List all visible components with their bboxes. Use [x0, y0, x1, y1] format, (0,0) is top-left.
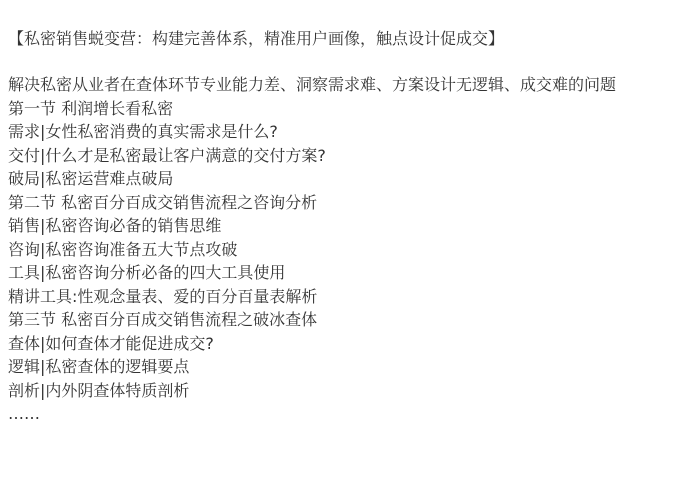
outline-item: 咨询|私密咨询准备五大节点攻破 — [8, 238, 686, 262]
course-outline: 解决私密从业者在查体环节专业能力差、洞察需求难、方案设计无逻辑、成交难的问题 第… — [8, 73, 686, 426]
ellipsis: …… — [8, 402, 686, 426]
outline-item: 需求|女性私密消费的真实需求是什么? — [8, 120, 686, 144]
outline-item: 剖析|内外阴查体特质剖析 — [8, 379, 686, 403]
course-title: 【私密销售蜕变营：构建完善体系，精准用户画像，触点设计促成交】 — [8, 28, 504, 50]
outline-item: 查体|如何查体才能促进成交? — [8, 332, 686, 356]
section-heading-1: 第一节 利润增长看私密 — [8, 97, 686, 121]
outline-item: 精讲工具:性观念量表、爱的百分百量表解析 — [8, 285, 686, 309]
outline-item: 工具|私密咨询分析必备的四大工具使用 — [8, 261, 686, 285]
section-heading-3: 第三节 私密百分百成交销售流程之破冰查体 — [8, 308, 686, 332]
outline-item: 交付|什么才是私密最让客户满意的交付方案? — [8, 144, 686, 168]
intro-paragraph: 解决私密从业者在查体环节专业能力差、洞察需求难、方案设计无逻辑、成交难的问题 — [8, 73, 686, 97]
section-heading-2: 第二节 私密百分百成交销售流程之咨询分析 — [8, 191, 686, 215]
outline-item: 破局|私密运营难点破局 — [8, 167, 686, 191]
outline-item: 销售|私密咨询必备的销售思维 — [8, 214, 686, 238]
outline-item: 逻辑|私密查体的逻辑要点 — [8, 355, 686, 379]
